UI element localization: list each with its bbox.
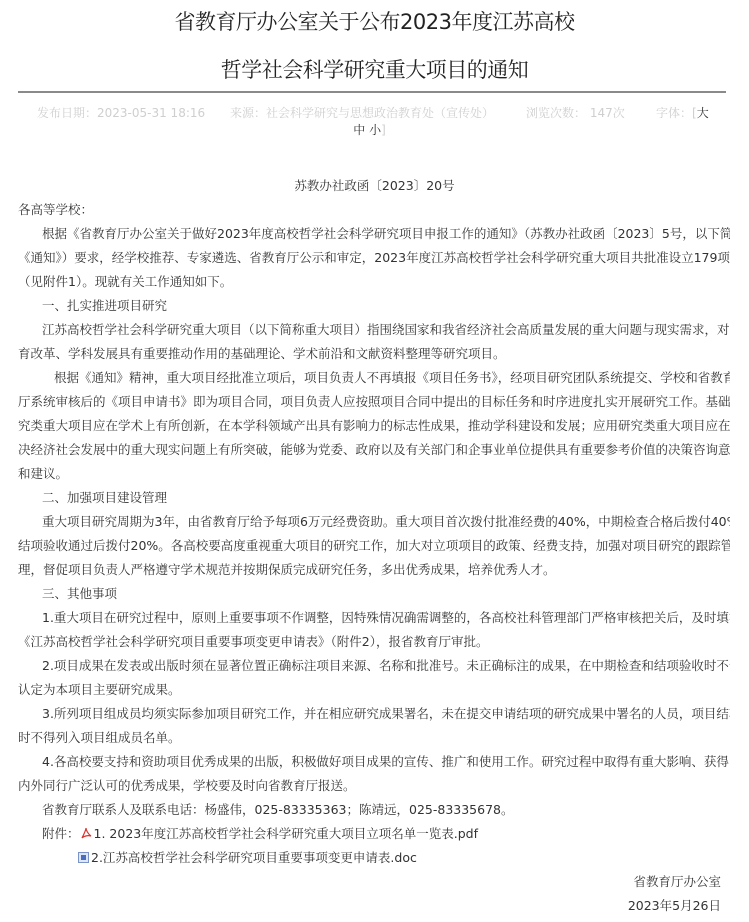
- attachment-row-1: 附件： 1. 2023年度江苏高校哲学社会科学研究重大项目立项名单一览表.pdf: [42, 824, 478, 842]
- doc-icon: [78, 852, 89, 863]
- font-size-bracket: ]: [381, 123, 386, 137]
- article-meta: 发布日期：2023-05-31 18:16 来源：社会科学研究与思想政治教育处（…: [0, 105, 749, 139]
- paragraph-line: 育改革、学科发展具有重要推动作用的基础理论、学术前沿和文献资料整理等研究项目。: [18, 344, 730, 362]
- font-size-small-link[interactable]: 小: [369, 123, 381, 137]
- paragraph-line: 内外同行广泛认可的优秀成果，学校要及时向省教育厅报送。: [18, 776, 730, 794]
- salutation: 各高等学校：: [18, 200, 730, 218]
- paragraph-line: 时不得列入项目组成员名单。: [18, 728, 730, 746]
- paragraph-line: 决经济社会发展中的重大现实问题上有所突破，能够为党委、政府以及有关部门和企事业单…: [18, 440, 730, 458]
- sign-date: 2023年5月26日: [628, 896, 721, 914]
- article-source: 来源：社会科学研究与思想政治教育处（宣传处）: [230, 105, 526, 122]
- attachment-row-2: 2.江苏高校哲学社会科学研究项目重要事项变更申请表.doc: [78, 848, 417, 866]
- paragraph-line: 江苏高校哲学社会科学研究重大项目（以下简称重大项目）指围绕国家和我省经济社会高质…: [18, 320, 730, 338]
- view-count: 浏览次数： 147次: [526, 105, 656, 122]
- paragraph-line: 重大项目研究周期为3年，由省教育厅给予每项6万元经费资助。重大项目首次拨付批准经…: [18, 512, 730, 530]
- paragraph-line: 结项验收通过后拨付20%。各高校要高度重视重大项目的研究工作，加大对立项项目的政…: [18, 536, 730, 554]
- paragraph-line: 根据《省教育厅办公室关于做好2023年度高校哲学社会科学研究项目申报工作的通知》…: [18, 224, 730, 242]
- attachments-label: 附件：: [42, 824, 80, 842]
- attachment-link-doc[interactable]: 2.江苏高校哲学社会科学研究项目重要事项变更申请表.doc: [91, 848, 417, 866]
- paragraph-line: 《通知》）要求，经学校推荐、专家遴选、省教育厅公示和审定，2023年度江苏高校哲…: [18, 248, 730, 266]
- document-number: 苏教办社政函〔2023〕20号: [0, 176, 749, 194]
- font-size-medium-link[interactable]: 中: [353, 123, 365, 137]
- paragraph-line: 究类重大项目应在学术上有所创新，在本学科领域产出具有影响力的标志性成果，推动学科…: [18, 416, 730, 434]
- article-title-line-2: 哲学社会科学研究重大项目的通知: [0, 54, 749, 86]
- attachment-link-pdf[interactable]: 1. 2023年度江苏高校哲学社会科学研究重大项目立项名单一览表.pdf: [94, 824, 478, 842]
- paragraph-line: 2.项目成果在发表或出版时须在显著位置正确标注项目来源、名称和批准号。未正确标注…: [18, 656, 730, 674]
- font-size-label: 字体：[: [656, 105, 697, 122]
- paragraph-line: 根据《通知》精神，重大项目经批准立项后，项目负责人不再填报《项目任务书》，经项目…: [18, 368, 730, 386]
- paragraph-line: 认定为本项目主要研究成果。: [18, 680, 730, 698]
- paragraph-line: 1.重大项目在研究过程中，原则上重要事项不作调整，因特殊情况确需调整的，各高校社…: [18, 608, 730, 626]
- pdf-icon: [80, 827, 92, 839]
- paragraph-line: 厅系统审核后的《项目申请书》即为项目合同，项目负责人应按照项目合同中提出的目标任…: [18, 392, 730, 410]
- section-heading-1: 一、扎实推进项目研究: [18, 296, 730, 314]
- paragraph-line: 理，督促项目负责人严格遵守学术规范并按期保质完成研究任务，多出优秀成果，培养优秀…: [18, 560, 730, 578]
- article-title-line-1: 省教育厅办公室关于公布2023年度江苏高校: [0, 6, 749, 38]
- paragraph-line: 和建议。: [18, 464, 730, 482]
- publish-date: 发布日期：2023-05-31 18:16: [37, 105, 230, 122]
- paragraph-line: （见附件1）。现就有关工作通知如下。: [18, 272, 730, 290]
- section-heading-2: 二、加强项目建设管理: [18, 488, 730, 506]
- section-heading-3: 三、其他事项: [18, 584, 730, 602]
- paragraph-line: 《江苏高校哲学社会科学研究项目重要事项变更申请表》（附件2），报省教育厅审批。: [18, 632, 730, 650]
- contact-line: 省教育厅联系人及联系电话：杨盛伟，025-83335363；陈靖远，025-83…: [18, 800, 730, 818]
- font-size-large-link[interactable]: 大: [697, 105, 709, 122]
- paragraph-line: 4.各高校要支持和资助项目优秀成果的出版，积极做好项目成果的宣传、推广和使用工作…: [18, 752, 730, 770]
- title-divider: [18, 91, 726, 93]
- signature: 省教育厅办公室: [633, 872, 721, 890]
- paragraph-line: 3.所列项目组成员均须实际参加项目研究工作，并在相应研究成果署名，未在提交申请结…: [18, 704, 730, 722]
